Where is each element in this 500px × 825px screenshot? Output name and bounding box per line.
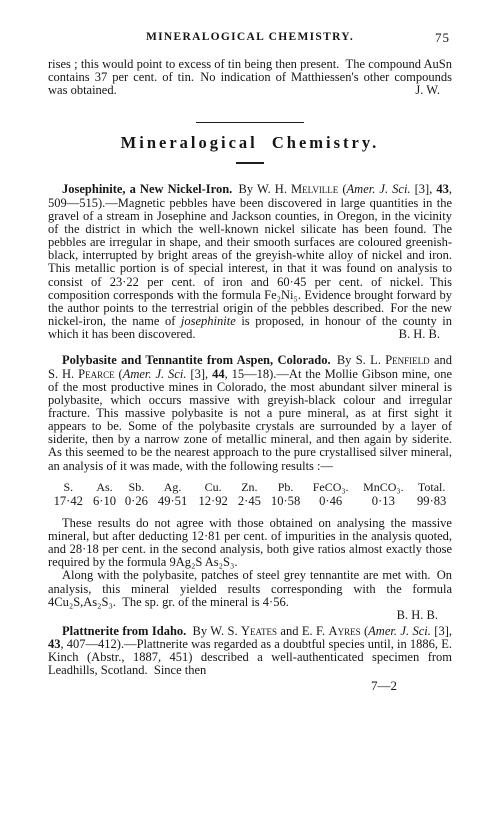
- article-paragraph: Along with the polybasite, patches of st…: [48, 569, 452, 608]
- continuation-paragraph: rises ; this would point to excess of ti…: [48, 58, 452, 97]
- table-header-cell: FeCO₃.: [306, 481, 356, 494]
- analysis-table: S. As. Sb. Ag. Cu. Zn. Pb. FeCO₃. MnCO₃.…: [48, 481, 452, 508]
- text-column: rises ; this would point to excess of ti…: [48, 58, 452, 693]
- table-value-cell: 12·92: [193, 494, 234, 508]
- section-divider-rule: [196, 122, 304, 123]
- article-plattnerite: Plattnerite from Idaho. By W. S. Yeates …: [48, 625, 452, 678]
- section-title: Mineralogical Chemistry.: [48, 134, 452, 152]
- article-polybasite-tennantite: Polybasite and Tennantite from Aspen, Co…: [48, 354, 452, 622]
- table-value-cell: 0·26: [120, 494, 152, 508]
- table-value-cell: 99·83: [411, 494, 452, 508]
- article-paragraph: Josephinite, a New Nickel-Iron. By W. H.…: [48, 183, 452, 341]
- analysis-table-value-row: 17·42 6·10 0·26 49·51 12·92 2·45 10·58 0…: [48, 494, 452, 508]
- abstractor-initials: B. H. B.: [48, 609, 452, 622]
- table-value-cell: 6·10: [89, 494, 121, 508]
- article-text: Polybasite and Tennantite from Aspen, Co…: [48, 353, 452, 472]
- article-paragraph: These results do not agree with those ob…: [48, 517, 452, 570]
- table-header-cell: As.: [89, 481, 121, 494]
- table-value-cell: 10·58: [265, 494, 306, 508]
- article-paragraph: Polybasite and Tennantite from Aspen, Co…: [48, 354, 452, 472]
- continuation-text: rises ; this would point to excess of ti…: [48, 57, 452, 97]
- table-header-cell: Ag.: [152, 481, 193, 494]
- title-underline-rule: [236, 162, 264, 164]
- table-value-cell: 0·13: [355, 494, 411, 508]
- table-value-cell: 2·45: [233, 494, 265, 508]
- signature-mark: 7—2: [48, 679, 452, 693]
- article-text: Along with the polybasite, patches of st…: [48, 568, 452, 608]
- analysis-table-header-row: S. As. Sb. Ag. Cu. Zn. Pb. FeCO₃. MnCO₃.…: [48, 481, 452, 494]
- article-text: Plattnerite from Idaho. By W. S. Yeates …: [48, 624, 452, 677]
- table-header-cell: MnCO₃.: [355, 481, 411, 494]
- page-number: 75: [435, 30, 450, 46]
- table-header-cell: Total.: [411, 481, 452, 494]
- table-header-cell: S.: [48, 481, 89, 494]
- journal-page: MINERALOGICAL CHEMISTRY. 75 rises ; this…: [0, 0, 500, 825]
- article-text: These results do not agree with those ob…: [48, 516, 452, 569]
- table-header-cell: Sb.: [120, 481, 152, 494]
- abstractor-initials: J. W.: [415, 84, 440, 97]
- article-josephinite: Josephinite, a New Nickel-Iron. By W. H.…: [48, 183, 452, 341]
- table-header-cell: Zn.: [233, 481, 265, 494]
- table-header-cell: Pb.: [265, 481, 306, 494]
- table-value-cell: 0·46: [306, 494, 356, 508]
- running-header-title: MINERALOGICAL CHEMISTRY.: [48, 31, 452, 43]
- table-header-cell: Cu.: [193, 481, 234, 494]
- article-text: Josephinite, a New Nickel-Iron. By W. H.…: [48, 182, 452, 341]
- table-value-cell: 17·42: [48, 494, 89, 508]
- table-value-cell: 49·51: [152, 494, 193, 508]
- abstractor-initials: B. H. B.: [385, 328, 440, 341]
- article-paragraph: Plattnerite from Idaho. By W. S. Yeates …: [48, 625, 452, 678]
- running-header: MINERALOGICAL CHEMISTRY. 75: [48, 31, 452, 45]
